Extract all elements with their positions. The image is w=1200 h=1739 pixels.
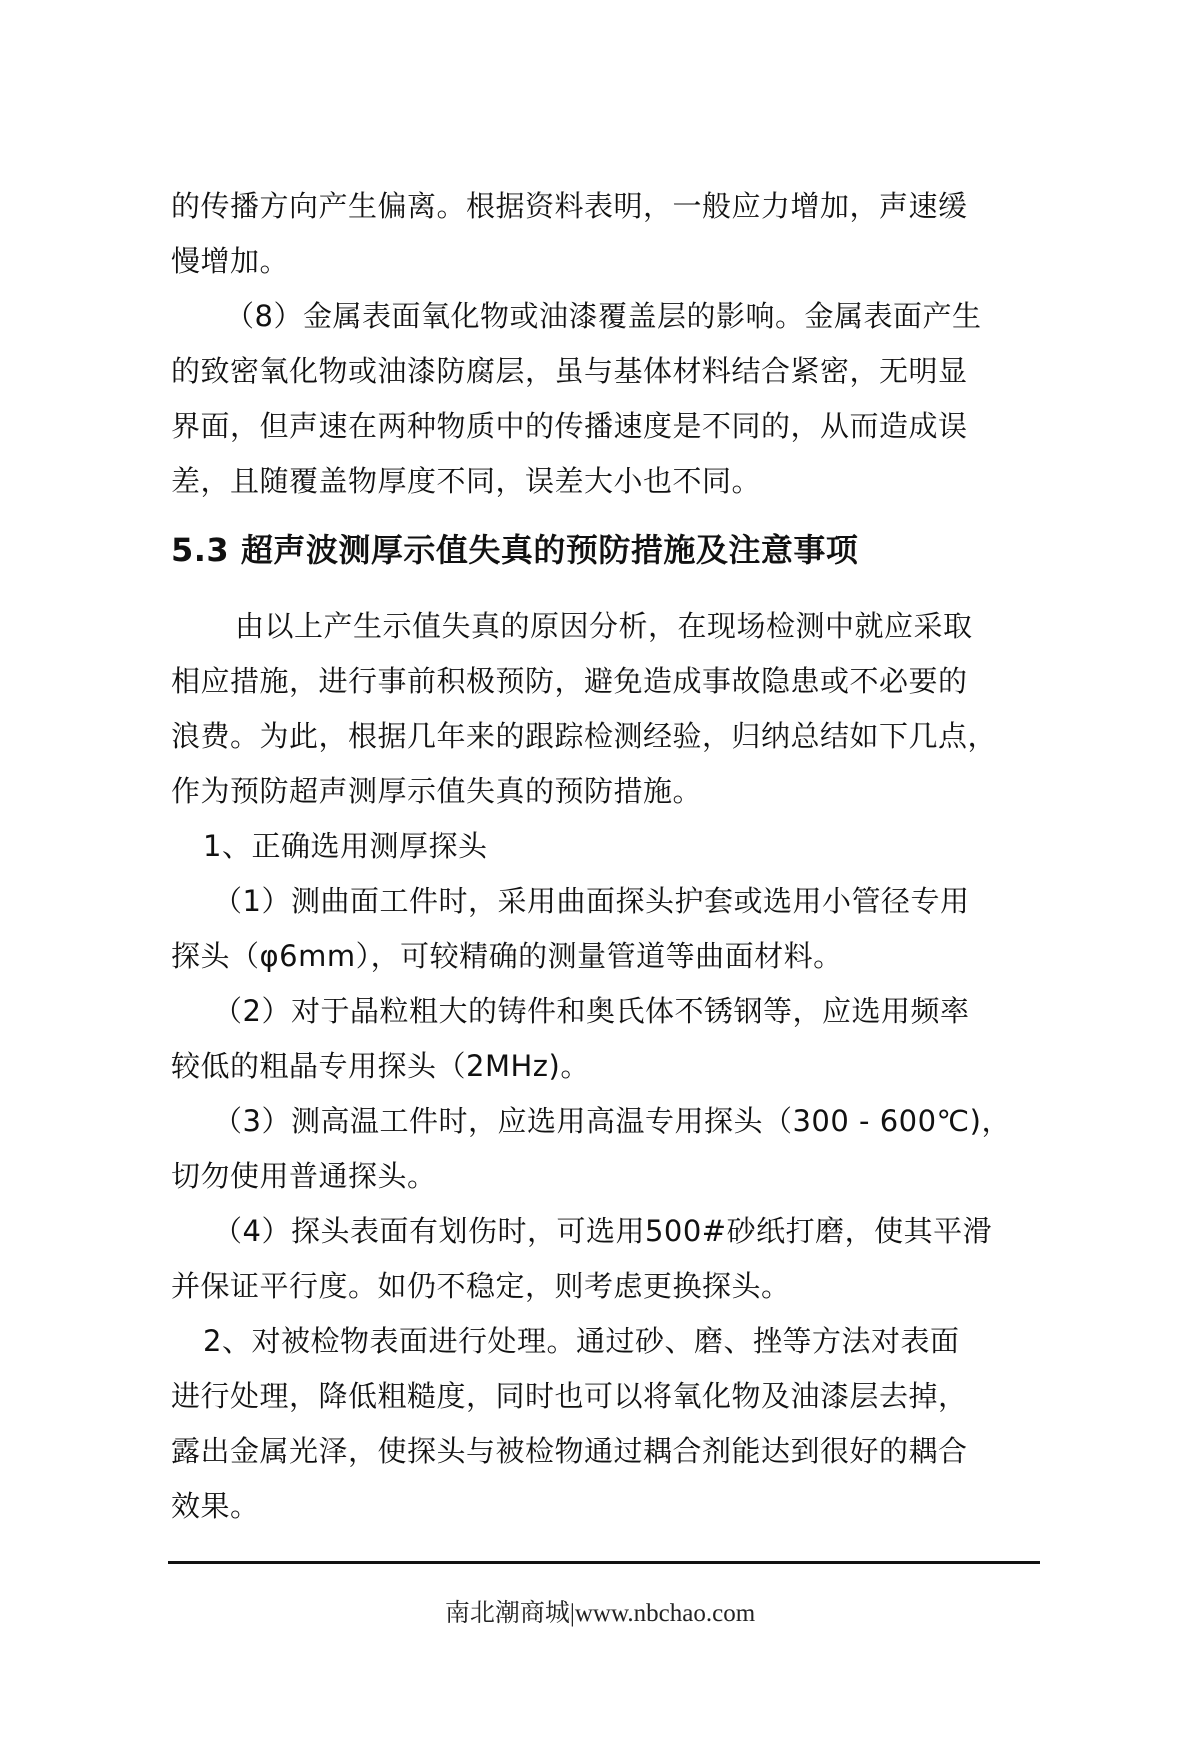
text-line: 慢增加。	[171, 241, 289, 281]
text-line: （3）测高温工件时，应选用高温专用探头（300 - 600℃)，	[213, 1101, 1011, 1141]
text-line: 露出金属光泽，使探头与被检物通过耦合剂能达到很好的耦合	[171, 1431, 968, 1471]
text-line: （4）探头表面有划伤时，可选用500#砂纸打磨，使其平滑	[213, 1211, 992, 1251]
text-line: （8）金属表面氧化物或油漆覆盖层的影响。金属表面产生	[225, 296, 981, 336]
text-line: 效果。	[171, 1486, 260, 1526]
text-line: 浪费。为此，根据几年来的跟踪检测经验，归纳总结如下几点，	[171, 716, 997, 756]
text-line: 进行处理，降低粗糙度，同时也可以将氧化物及油漆层去掉，	[171, 1376, 968, 1416]
text-line: 的致密氧化物或油漆防腐层，虽与基体材料结合紧密，无明显	[171, 351, 968, 391]
text-line: 界面，但声速在两种物质中的传播速度是不同的，从而造成误	[171, 406, 968, 446]
text-line: 差，且随覆盖物厚度不同，误差大小也不同。	[171, 461, 761, 501]
text-line: 2、对被检物表面进行处理。通过砂、磨、挫等方法对表面	[203, 1321, 959, 1361]
document-page: 的传播方向产生偏离。根据资料表明，一般应力增加，声速缓慢增加。（8）金属表面氧化…	[0, 0, 1200, 1739]
text-line: 的传播方向产生偏离。根据资料表明，一般应力增加，声速缓	[171, 186, 968, 226]
footer-text: 南北潮商城|www.nbchao.com	[0, 1593, 1200, 1629]
text-line: 由以上产生示值失真的原因分析，在现场检测中就应采取	[235, 606, 973, 646]
text-line: （1）测曲面工件时，采用曲面探头护套或选用小管径专用	[213, 881, 969, 921]
footer-divider	[168, 1561, 1040, 1564]
text-line: 并保证平行度。如仍不稳定，则考虑更换探头。	[171, 1266, 791, 1306]
text-line: 探头（φ6mm），可较精确的测量管道等曲面材料。	[171, 936, 843, 976]
text-line: 1、正确选用测厚探头	[203, 826, 487, 866]
text-line: （2）对于晶粒粗大的铸件和奥氏体不锈钢等，应选用频率	[213, 991, 969, 1031]
text-line: 作为预防超声测厚示值失真的预防措施。	[171, 771, 702, 811]
text-line: 较低的粗晶专用探头（2MHz)。	[171, 1046, 590, 1086]
text-line: 相应措施，进行事前积极预防，避免造成事故隐患或不必要的	[171, 661, 968, 701]
text-line: 切勿使用普通探头。	[171, 1156, 437, 1196]
section-heading: 5.3 超声波测厚示值失真的预防措施及注意事项	[171, 528, 858, 572]
